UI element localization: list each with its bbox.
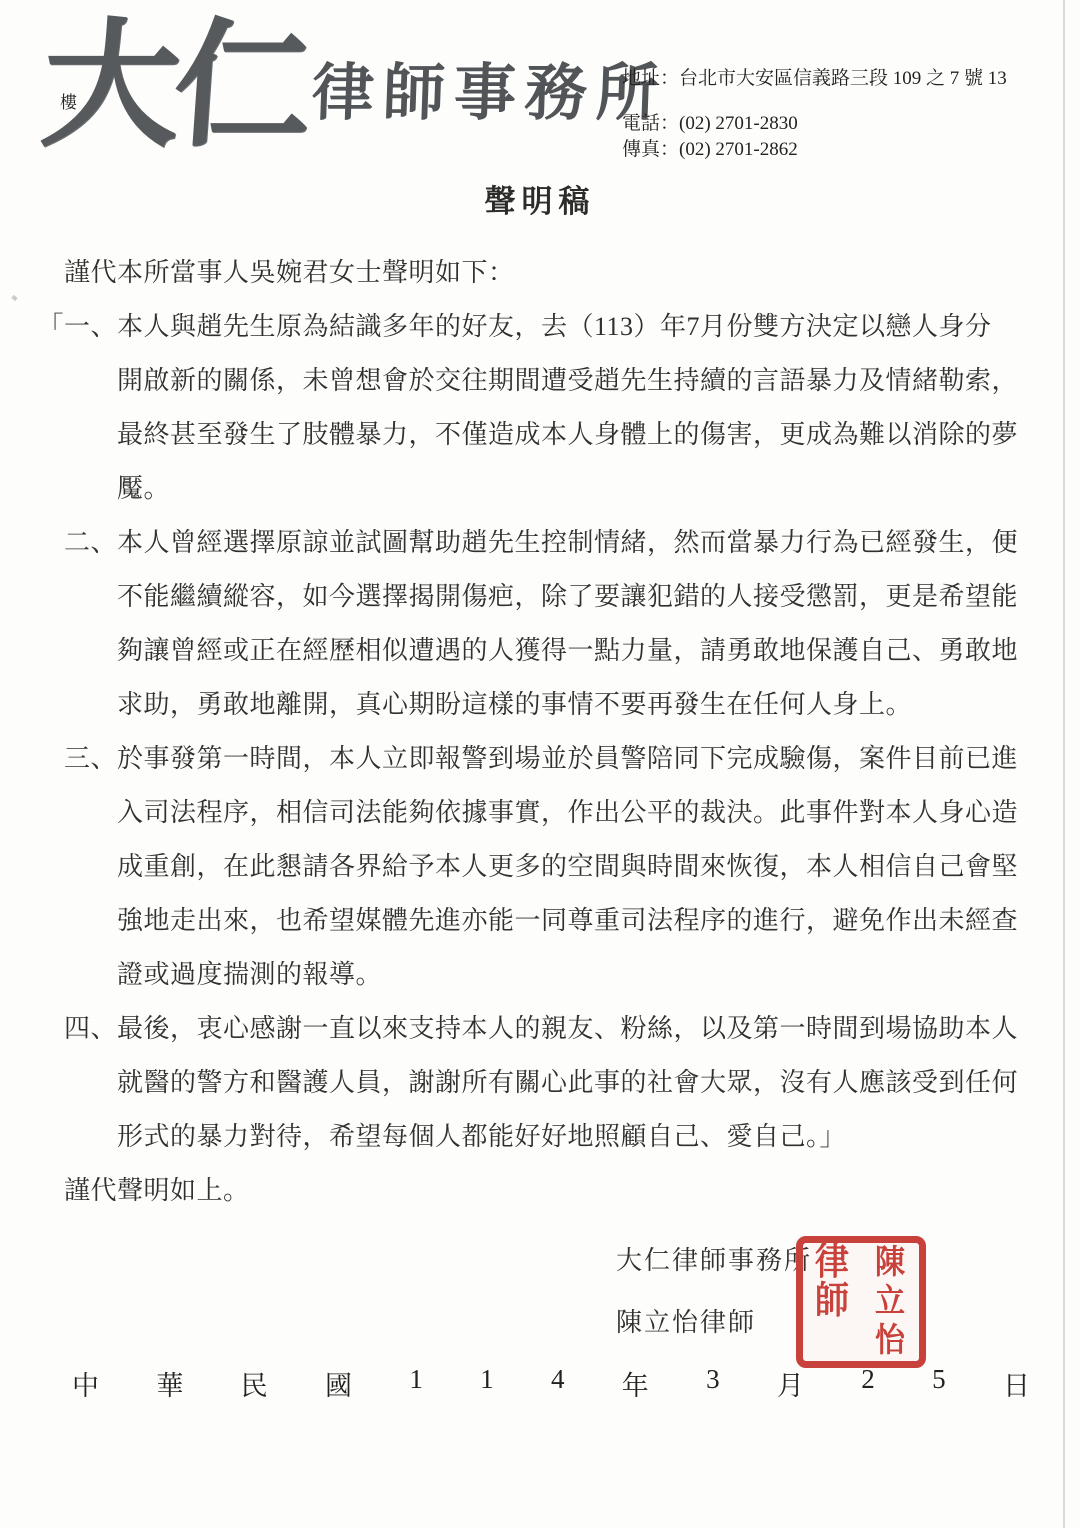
statement-item-4: 四、 最後，衷心感謝一直以來支持本人的親友、粉絲，以及第一時間到場協助本人 就醫… <box>117 1002 1022 1164</box>
phone-line: 電話：(02) 2701-2830 <box>622 111 1007 137</box>
seal-char-4: 律 <box>815 1244 849 1281</box>
item-1-line-3: 最終甚至發生了肢體暴力，不僅造成本人身體上的傷害，更成為難以消除的夢 <box>117 408 1022 462</box>
item-1-marker: 「一、 <box>37 300 117 354</box>
date-char-5: 1 <box>409 1364 423 1403</box>
statement-item-2: 二、 本人曾經選擇原諒並試圖幫助趙先生控制情緒，然而當暴力行為已經發生，便 不能… <box>117 516 1022 732</box>
seal-char-3: 怡 <box>875 1325 905 1358</box>
fax-line: 傳真：(02) 2701-2862 <box>622 137 1007 163</box>
date-char-13: 日 <box>1003 1364 1030 1403</box>
date-char-7: 4 <box>551 1364 565 1403</box>
statement-body: 謹代本所當事人吳婉君女士聲明如下： 「一、 本人與趙先生原為結識多年的好友，去（… <box>117 246 1022 1218</box>
lawyer-red-seal-stamp: 陳 立 怡 律 師 <box>796 1236 926 1368</box>
item-4-line-2: 就醫的警方和醫護人員，謝謝所有關心此事的社會大眾，沒有人應該受到任何 <box>117 1056 1022 1110</box>
date-char-10: 月 <box>777 1364 804 1403</box>
item-4-marker: 四、 <box>64 1002 117 1056</box>
statement-document-page: 大仁 律師事務所 樓 地址：台北市大安區信義路三段 109 之 7 號 13 電… <box>0 0 1080 1528</box>
letterhead-contact-block: 地址：台北市大安區信義路三段 109 之 7 號 13 電話：(02) 2701… <box>622 66 1007 163</box>
signature-firm-name: 大仁律師事務所 <box>616 1240 812 1277</box>
item-3-line-1: 於事發第一時間，本人立即報警到場並於員警陪同下完成驗傷，案件目前已進 <box>117 744 1018 773</box>
date-char-11: 2 <box>861 1364 875 1403</box>
seal-char-5: 師 <box>815 1283 849 1320</box>
logo-calligraphy-rest: 律師事務所 <box>311 63 668 125</box>
law-firm-logo: 大仁 律師事務所 <box>42 18 667 156</box>
date-char-12: 5 <box>932 1364 946 1403</box>
item-2-marker: 二、 <box>64 516 117 570</box>
statement-closing: 謹代聲明如上。 <box>64 1164 1022 1218</box>
scan-speck <box>11 295 17 301</box>
item-3-line-3: 成重創，在此懇請各界給予本人更多的空間與時間來恢復，本人相信自己會堅 <box>117 840 1022 894</box>
item-1-line-4: 魘。 <box>117 462 1022 516</box>
seal-char-2: 立 <box>875 1285 905 1318</box>
logo-calligraphy-main: 大仁 <box>37 18 311 156</box>
statement-item-1: 「一、 本人與趙先生原為結識多年的好友，去（113）年7月份雙方決定以戀人身分 … <box>117 300 1022 516</box>
document-title: 聲明稿 <box>0 176 1080 221</box>
item-1-line-1: 本人與趙先生原為結識多年的好友，去（113）年7月份雙方決定以戀人身分 <box>117 312 992 341</box>
item-2-line-3: 夠讓曾經或正在經歷相似遭遇的人獲得一點力量，請勇敢地保護自己、勇敢地 <box>117 624 1022 678</box>
statement-intro: 謹代本所當事人吳婉君女士聲明如下： <box>64 246 1022 300</box>
scan-edge-line <box>1063 0 1065 1528</box>
seal-char-1: 陳 <box>875 1246 905 1279</box>
item-1-line-2: 開啟新的關係，未曾想會於交往期間遭受趙先生持續的言語暴力及情緒勒索， <box>117 354 1022 408</box>
signature-lawyer-name: 陳立怡律師 <box>616 1302 756 1339</box>
stray-print-character: 樓 <box>60 88 77 113</box>
item-4-line-1: 最後，衷心感謝一直以來支持本人的親友、粉絲，以及第一時間到場協助本人 <box>117 1014 1018 1043</box>
item-2-line-2: 不能繼續縱容，如今選擇揭開傷疤，除了要讓犯錯的人接受懲罰，更是希望能 <box>117 570 1022 624</box>
item-3-line-4: 強地走出來，也希望媒體先進亦能一同尊重司法程序的進行，避免作出未經查 <box>117 894 1022 948</box>
date-char-3: 民 <box>241 1364 268 1403</box>
date-char-1: 中 <box>72 1364 99 1403</box>
item-3-marker: 三、 <box>64 732 117 786</box>
item-2-line-4: 求助，勇敢地離開，真心期盼這樣的事情不要再發生在任何人身上。 <box>117 678 1022 732</box>
date-char-9: 3 <box>706 1364 720 1403</box>
item-3-line-2: 入司法程序，相信司法能夠依據事實，作出公平的裁決。此事件對本人身心造 <box>117 786 1022 840</box>
date-char-2: 華 <box>156 1364 183 1403</box>
statement-item-3: 三、 於事發第一時間，本人立即報警到場並於員警陪同下完成驗傷，案件目前已進 入司… <box>117 732 1022 1002</box>
item-4-line-3: 形式的暴力對待，希望每個人都能好好地照顧自己、愛自己。」 <box>117 1110 1022 1164</box>
date-char-6: 1 <box>480 1364 494 1403</box>
address-line: 地址：台北市大安區信義路三段 109 之 7 號 13 <box>622 66 1007 92</box>
date-char-4: 國 <box>325 1364 352 1403</box>
roc-date-line: 中 華 民 國 1 1 4 年 3 月 2 5 日 <box>72 1364 1030 1403</box>
item-2-line-1: 本人曾經選擇原諒並試圖幫助趙先生控制情緒，然而當暴力行為已經發生，便 <box>117 528 1018 557</box>
date-char-8: 年 <box>622 1364 649 1403</box>
item-3-line-5: 證或過度揣測的報導。 <box>117 948 1022 1002</box>
